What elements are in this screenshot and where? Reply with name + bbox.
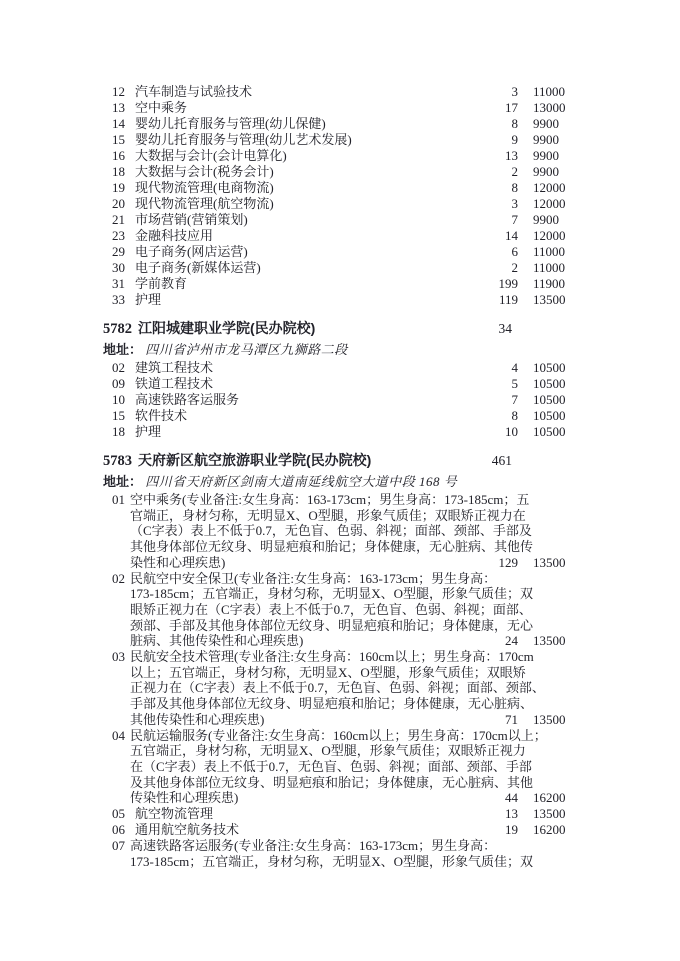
- major-number: 16: [103, 148, 125, 164]
- major-number: 03: [103, 649, 125, 665]
- plan-count: 8: [482, 116, 518, 132]
- major-row: 12 汽车制造与试验技术 3 11000: [103, 84, 575, 100]
- tuition-fee: 10500: [533, 392, 575, 408]
- plan-numbers: 71 13500: [482, 712, 575, 728]
- major-name: 电子商务(网店运营): [135, 244, 482, 260]
- major-row: 33 护理 119 13500: [103, 292, 575, 308]
- major-number: 04: [103, 728, 125, 744]
- major-row: 29 电子商务(网店运营) 6 11000: [103, 244, 575, 260]
- major-name: 大数据与会计(会计电算化): [135, 148, 482, 164]
- school-name: 江阳城建职业学院(民办院校): [138, 318, 472, 339]
- major-number: 19: [103, 180, 125, 196]
- major-row-with-note: 01 空中乘务(专业备注:女生身高：163-173cm；男生身高：173-185…: [103, 492, 575, 571]
- major-row: 30 电子商务(新媒体运营) 2 11000: [103, 260, 575, 276]
- major-row: 15 软件技术 8 10500: [103, 408, 575, 424]
- plan-count: 199: [482, 276, 518, 292]
- major-number: 18: [103, 424, 125, 440]
- tuition-fee: 11900: [533, 276, 575, 292]
- major-row: 05 航空物流管理 13 13500: [103, 806, 575, 822]
- tuition-fee: 13500: [533, 712, 575, 728]
- plan-count: 7: [482, 212, 518, 228]
- major-row: 18 护理 10 10500: [103, 424, 575, 440]
- major-row: 06 通用航空航务技术 19 16200: [103, 822, 575, 838]
- major-row: 23 金融科技应用 14 12000: [103, 228, 575, 244]
- plan-numbers: 44 16200: [482, 790, 575, 806]
- major-name: 护理: [135, 424, 482, 440]
- major-name: 大数据与会计(税务会计): [135, 164, 482, 180]
- school-name: 天府新区航空旅游职业学院(民办院校): [138, 450, 472, 471]
- major-number: 10: [103, 392, 125, 408]
- major-number: 20: [103, 196, 125, 212]
- major-number: 15: [103, 132, 125, 148]
- major-row: 15 婴幼儿托育服务与管理(幼儿艺术发展) 9 9900: [103, 132, 575, 148]
- plan-count: 13: [482, 148, 518, 164]
- major-row: 18 大数据与会计(税务会计) 2 9900: [103, 164, 575, 180]
- major-row-with-note: 03 民航安全技术管理(专业备注:女生身高：160cm以上；男生身高：170cm…: [103, 649, 575, 728]
- admission-plan-page: 12 汽车制造与试验技术 3 11000 13 空中乘务 17 13000 14…: [103, 84, 575, 869]
- tuition-fee: 11000: [533, 244, 575, 260]
- school-major-list: 01 空中乘务(专业备注:女生身高：163-173cm；男生身高：173-185…: [103, 492, 575, 869]
- major-name: 市场营销(营销策划): [135, 212, 482, 228]
- major-name: 婴幼儿托育服务与管理(幼儿保健): [135, 116, 482, 132]
- major-name: 护理: [135, 292, 482, 308]
- major-name: 航空物流管理: [135, 806, 482, 822]
- major-name: 金融科技应用: [135, 228, 482, 244]
- major-number: 02: [103, 360, 125, 376]
- plan-count: 7: [482, 392, 518, 408]
- major-number: 05: [103, 806, 125, 822]
- school-section: 5783 天府新区航空旅游职业学院(民办院校) 461 地址： 四川省天府新区剑…: [103, 450, 575, 869]
- plan-count: 24: [482, 633, 518, 649]
- tuition-fee: 9900: [533, 164, 575, 180]
- major-row: 14 婴幼儿托育服务与管理(幼儿保健) 8 9900: [103, 116, 575, 132]
- plan-count: 4: [482, 360, 518, 376]
- plan-numbers: 129 13500: [482, 555, 575, 571]
- tuition-fee: 12000: [533, 180, 575, 196]
- plan-count: 8: [482, 180, 518, 196]
- school-major-list: 02 建筑工程技术 4 10500 09 铁道工程技术 5 10500 10 高…: [103, 360, 575, 440]
- major-number: 21: [103, 212, 125, 228]
- school-header: 5783 天府新区航空旅游职业学院(民办院校) 461: [103, 450, 575, 472]
- major-number: 06: [103, 822, 125, 838]
- plan-count: 3: [482, 196, 518, 212]
- school-code: 5783: [103, 451, 132, 472]
- tuition-fee: 13500: [533, 806, 575, 822]
- major-number: 14: [103, 116, 125, 132]
- tuition-fee: 10500: [533, 376, 575, 392]
- major-number: 30: [103, 260, 125, 276]
- address-label: 地址：: [103, 342, 142, 357]
- school-address: 地址： 四川省天府新区剑南大道南延线航空大道中段 168 号: [103, 472, 575, 492]
- major-name: 软件技术: [135, 408, 482, 424]
- major-name: 建筑工程技术: [135, 360, 482, 376]
- school-code: 5782: [103, 319, 132, 340]
- plan-numbers: 24 13500: [482, 633, 575, 649]
- plan-count: 5: [482, 376, 518, 392]
- tuition-fee: 13500: [533, 292, 575, 308]
- major-row: 10 高速铁路客运服务 7 10500: [103, 392, 575, 408]
- major-name: 电子商务(新媒体运营): [135, 260, 482, 276]
- tuition-fee: 10500: [533, 424, 575, 440]
- tuition-fee: 16200: [533, 790, 575, 806]
- tuition-fee: 9900: [533, 212, 575, 228]
- major-name: 空中乘务: [135, 100, 482, 116]
- major-number: 23: [103, 228, 125, 244]
- tuition-fee: 10500: [533, 360, 575, 376]
- major-row: 21 市场营销(营销策划) 7 9900: [103, 212, 575, 228]
- major-number: 07: [103, 838, 125, 854]
- school-total-count: 34: [472, 318, 512, 339]
- major-row: 19 现代物流管理(电商物流) 8 12000: [103, 180, 575, 196]
- plan-count: 13: [482, 806, 518, 822]
- major-name: 汽车制造与试验技术: [135, 84, 482, 100]
- major-row-with-note: 04 民航运输服务(专业备注:女生身高：160cm以上；男生身高：170cm以上…: [103, 728, 575, 807]
- major-number: 01: [103, 492, 125, 508]
- major-number: 31: [103, 276, 125, 292]
- major-row: 16 大数据与会计(会计电算化) 13 9900: [103, 148, 575, 164]
- major-row: 20 现代物流管理(航空物流) 3 12000: [103, 196, 575, 212]
- major-row: 09 铁道工程技术 5 10500: [103, 376, 575, 392]
- major-number: 29: [103, 244, 125, 260]
- tuition-fee: 11000: [533, 84, 575, 100]
- major-number: 12: [103, 84, 125, 100]
- plan-count: 6: [482, 244, 518, 260]
- plan-count: 129: [482, 555, 518, 571]
- tuition-fee: 13500: [533, 555, 575, 571]
- address-text: 四川省泸州市龙马潭区九狮路二段: [145, 342, 348, 357]
- major-name: 铁道工程技术: [135, 376, 482, 392]
- major-name: 现代物流管理(电商物流): [135, 180, 482, 196]
- tuition-fee: 9900: [533, 148, 575, 164]
- major-row: 13 空中乘务 17 13000: [103, 100, 575, 116]
- tuition-fee: 9900: [533, 116, 575, 132]
- plan-count: 119: [482, 292, 518, 308]
- tuition-fee: 12000: [533, 228, 575, 244]
- major-name: 通用航空航务技术: [135, 822, 482, 838]
- address-text: 四川省天府新区剑南大道南延线航空大道中段 168 号: [145, 474, 457, 489]
- major-row-with-note: 07 高速铁路客运服务(专业备注:女生身高：163-173cm；男生身高： 17…: [103, 838, 575, 869]
- major-name: 学前教育: [135, 276, 482, 292]
- major-row: 31 学前教育 199 11900: [103, 276, 575, 292]
- major-number: 33: [103, 292, 125, 308]
- plan-count: 8: [482, 408, 518, 424]
- plan-count: 14: [482, 228, 518, 244]
- major-name-and-note: 高速铁路客运服务(专业备注:女生身高：163-173cm；男生身高： 173-1…: [130, 838, 575, 869]
- major-number: 02: [103, 571, 125, 587]
- address-label: 地址：: [103, 474, 142, 489]
- plan-count: 3: [482, 84, 518, 100]
- tuition-fee: 16200: [533, 822, 575, 838]
- plan-count: 71: [482, 712, 518, 728]
- plan-count: 10: [482, 424, 518, 440]
- tuition-fee: 10500: [533, 408, 575, 424]
- plan-count: 19: [482, 822, 518, 838]
- school-header: 5782 江阳城建职业学院(民办院校) 34: [103, 318, 575, 340]
- plan-count: 44: [482, 790, 518, 806]
- major-name: 婴幼儿托育服务与管理(幼儿艺术发展): [135, 132, 482, 148]
- plan-count: 2: [482, 164, 518, 180]
- major-row-with-note: 02 民航空中安全保卫(专业备注:女生身高：163-173cm；男生身高： 17…: [103, 571, 575, 650]
- tuition-fee: 12000: [533, 196, 575, 212]
- major-name: 现代物流管理(航空物流): [135, 196, 482, 212]
- tuition-fee: 11000: [533, 260, 575, 276]
- tuition-fee: 9900: [533, 132, 575, 148]
- major-row: 02 建筑工程技术 4 10500: [103, 360, 575, 376]
- tuition-fee: 13000: [533, 100, 575, 116]
- school-address: 地址： 四川省泸州市龙马潭区九狮路二段: [103, 340, 575, 360]
- plan-count: 9: [482, 132, 518, 148]
- tuition-fee: 13500: [533, 633, 575, 649]
- school-section: 5782 江阳城建职业学院(民办院校) 34 地址： 四川省泸州市龙马潭区九狮路…: [103, 318, 575, 440]
- plan-count: 2: [482, 260, 518, 276]
- major-number: 15: [103, 408, 125, 424]
- major-number: 18: [103, 164, 125, 180]
- major-name: 高速铁路客运服务: [135, 392, 482, 408]
- major-number: 13: [103, 100, 125, 116]
- major-number: 09: [103, 376, 125, 392]
- plan-count: 17: [482, 100, 518, 116]
- school-total-count: 461: [472, 450, 512, 471]
